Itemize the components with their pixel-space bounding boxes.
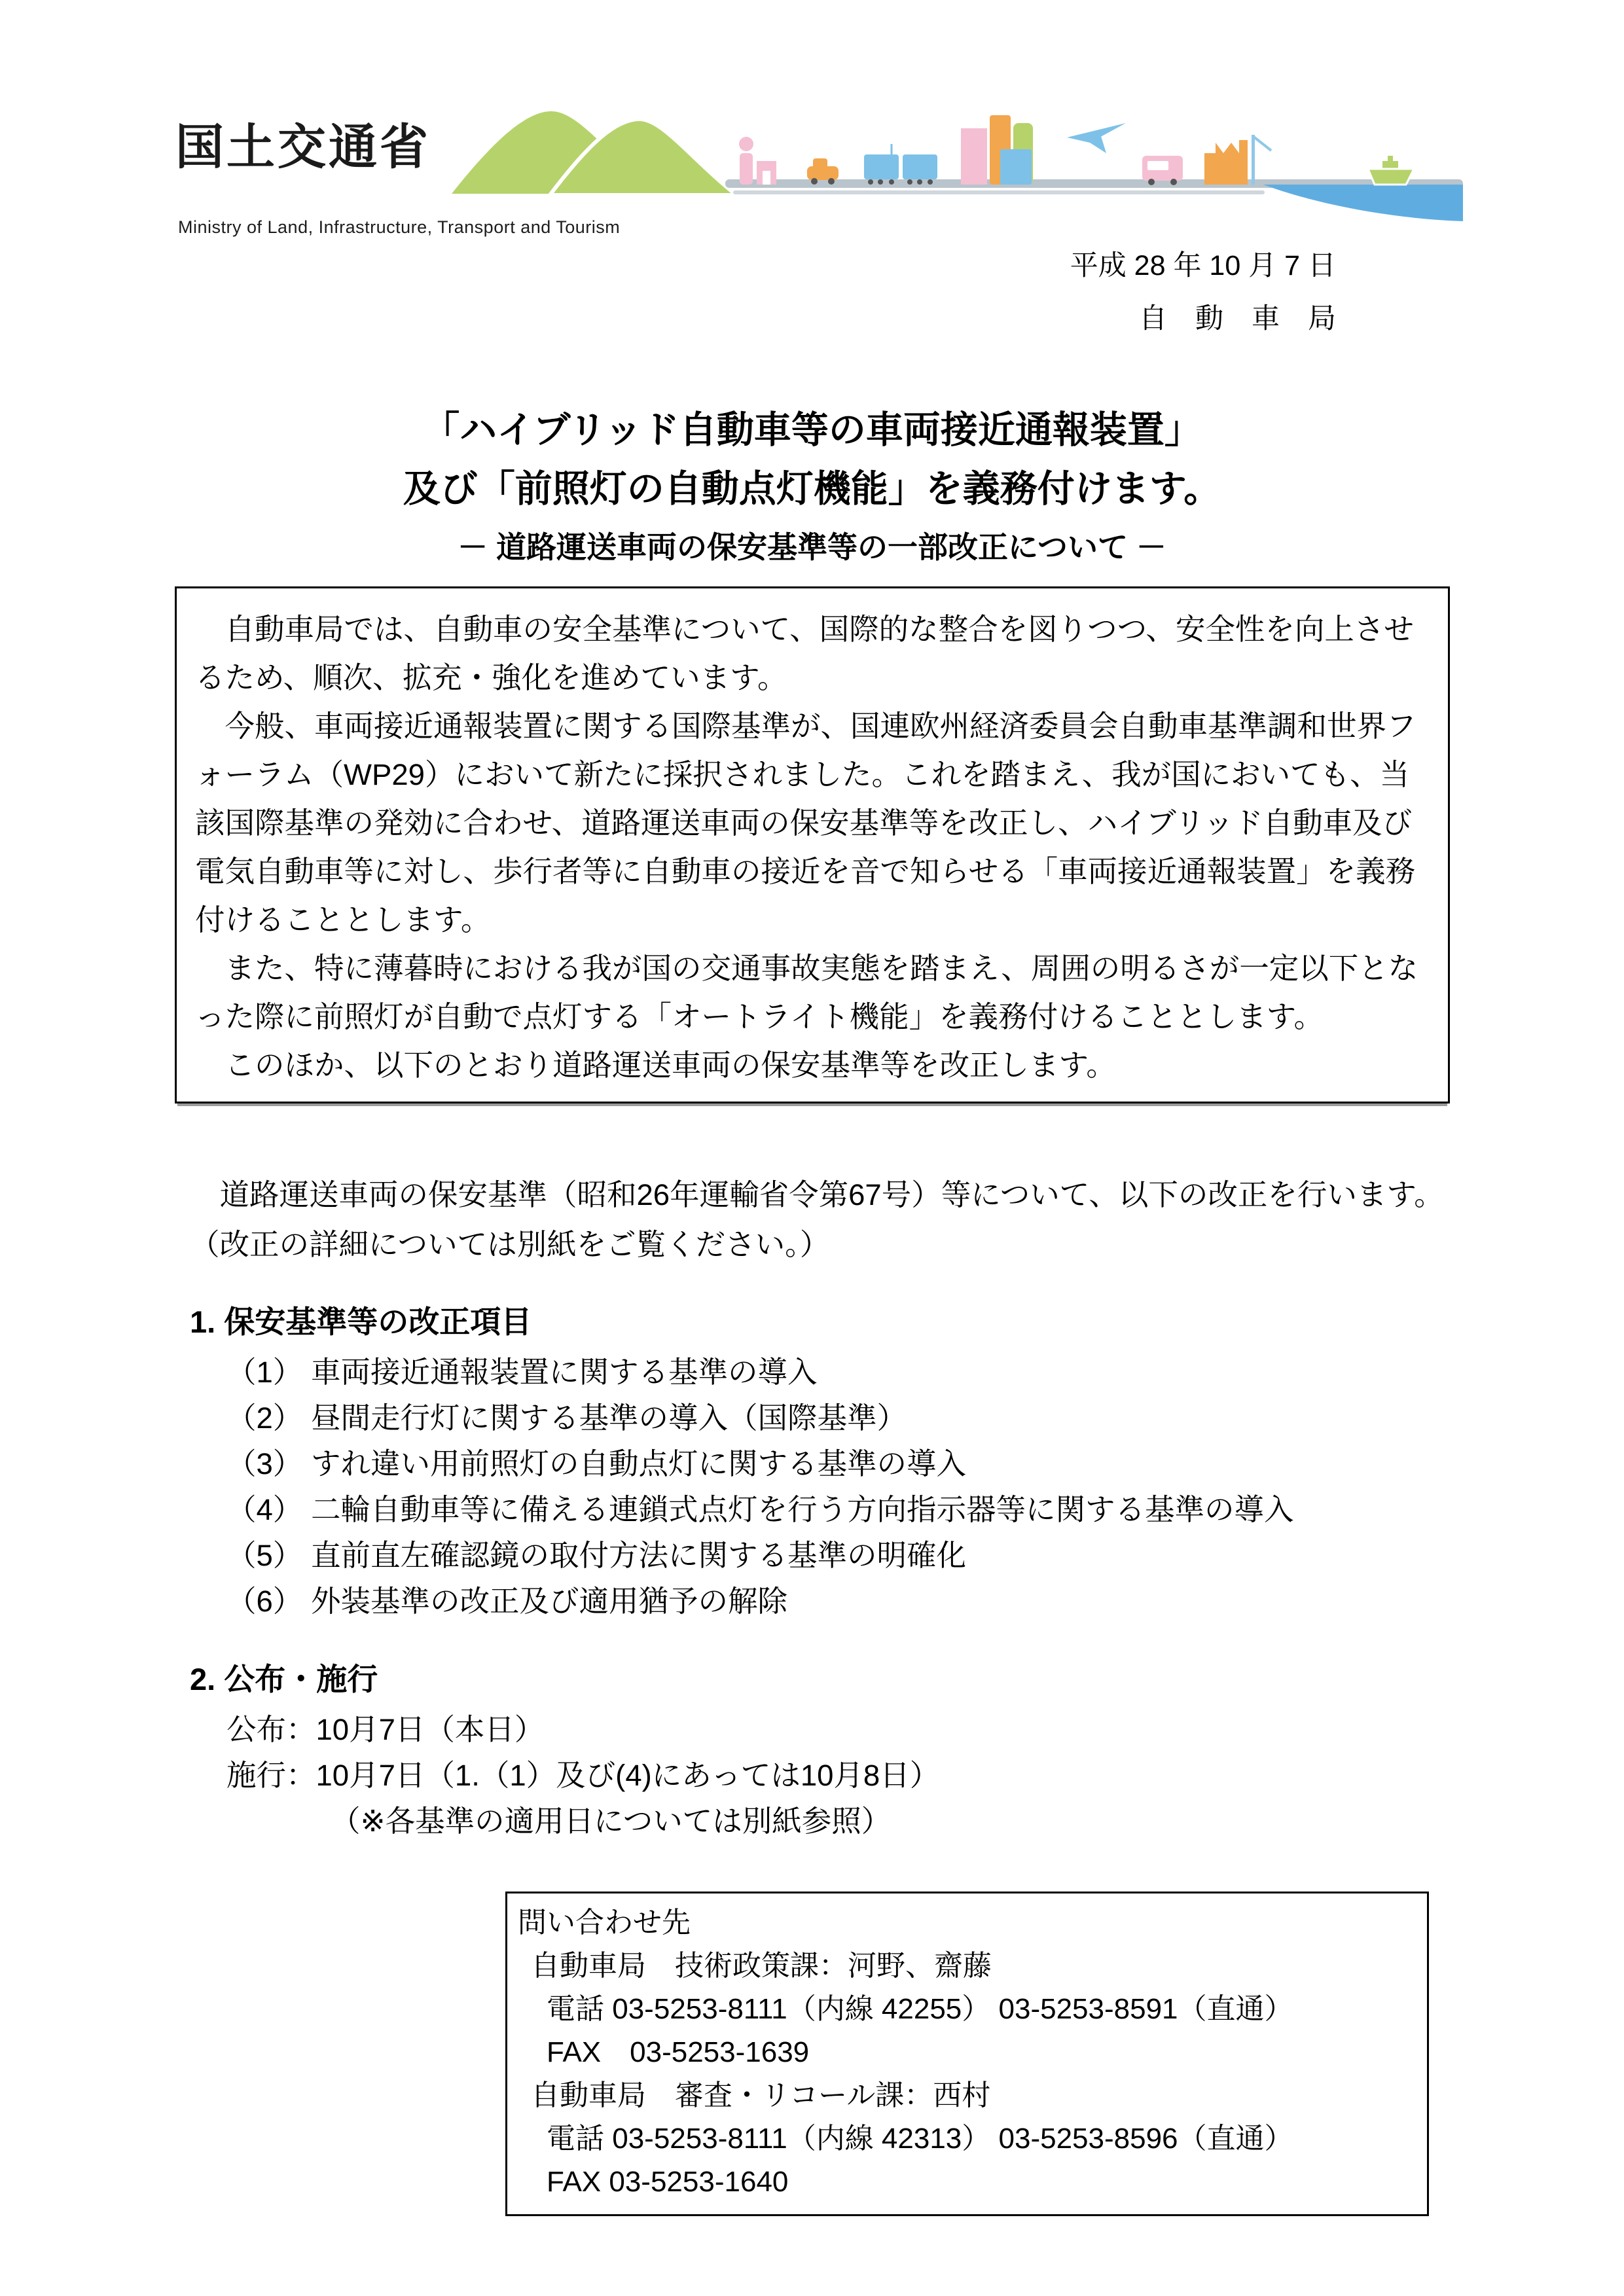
promulgation-line: 公布：10月7日（本日）: [190, 1707, 1450, 1753]
list-item: （5） 直前直左確認鏡の取付方法に関する基準の明確化: [190, 1533, 1450, 1579]
person-icon: [739, 137, 753, 185]
buildings-icon: [961, 115, 1033, 185]
issuing-bureau: 自 動 車 局: [0, 304, 1336, 334]
section2-heading: 2. 公布・施行: [190, 1661, 1450, 1698]
summary-paragraph: このほか、以下のとおり道路運送車両の保安基準等を改正します。: [195, 1041, 1430, 1090]
list-item: （1） 車両接近通報装置に関する基準の導入: [190, 1350, 1450, 1395]
summary-paragraph: 自動車局では、自動車の安全基準について、国際的な整合を図りつつ、安全性を向上させ…: [195, 605, 1430, 702]
mountains-icon: [452, 111, 736, 195]
house-icon: [757, 161, 776, 185]
contact-box-title: 問い合わせ先: [518, 1901, 1416, 1945]
train-icon: [864, 144, 937, 185]
release-date: 平成 28 年 10 月 7 日: [0, 251, 1336, 281]
contact-division: 自動車局 審査・リコール課：西村: [518, 2074, 1416, 2117]
list-item: （4） 二輪自動車等に備える連鎖式点灯を行う方向指示器等に関する基準の導入: [190, 1487, 1450, 1533]
enforcement-line: 施行：10月7日（1.（1）及び(4)にあっては10月8日）: [190, 1753, 1450, 1799]
lead-paragraph: 道路運送車両の保安基準（昭和26年運輸省令第67号）等について、以下の改正を行い…: [190, 1170, 1450, 1270]
water-icon: [1263, 185, 1463, 221]
contact-fax: FAX 03-5253-1640: [518, 2161, 1416, 2204]
mlit-logo-japanese: 国土交通省: [175, 109, 431, 178]
contact-phone: 電話 03-5253-8111（内線 42255） 03-5253-8591（直…: [518, 1988, 1416, 2031]
header: 国土交通省 Ministry of Land, Infrastructure, …: [0, 0, 1624, 226]
crane-icon: [1252, 135, 1271, 185]
list-item: （6） 外装基準の改正及び適用猶予の解除: [190, 1579, 1450, 1624]
section-revision-items: 1. 保安基準等の改正項目 （1） 車両接近通報装置に関する基準の導入 （2） …: [190, 1304, 1450, 1624]
contact-phone: 電話 03-5253-8111（内線 42313） 03-5253-8596（直…: [518, 2117, 1416, 2161]
header-illustration-icon: [452, 103, 1463, 221]
page-title-line2: 及び「前照灯の自動点灯機能」を義務付けます。: [0, 459, 1624, 518]
section1-item-list: （1） 車両接近通報装置に関する基準の導入 （2） 昼間走行灯に関する基準の導入…: [190, 1350, 1450, 1624]
page-subtitle: － 道路運送車両の保安基準等の一部改正について －: [0, 528, 1624, 567]
contact-fax: FAX 03-5253-1639: [518, 2031, 1416, 2074]
summary-paragraph: 今般、車両接近通報装置に関する国際基準が、国連欧州経済委員会自動車基準調和世界フ…: [195, 702, 1430, 944]
note-line: （※各基準の適用日については別紙参照）: [190, 1799, 1450, 1844]
list-item: （3） すれ違い用前照灯の自動点灯に関する基準の導入: [190, 1441, 1450, 1487]
summary-box: 自動車局では、自動車の安全基準について、国際的な整合を図りつつ、安全性を向上させ…: [175, 586, 1450, 1103]
title-block: 「ハイブリッド自動車等の車両接近通報装置」 及び「前照灯の自動点灯機能」を義務付…: [0, 401, 1624, 567]
section1-heading: 1. 保安基準等の改正項目: [190, 1304, 1450, 1340]
airplane-icon: [1067, 123, 1126, 153]
document-page: 国土交通省 Ministry of Land, Infrastructure, …: [0, 0, 1624, 2296]
section-promulgation: 2. 公布・施行 公布：10月7日（本日） 施行：10月7日（1.（1）及び(4…: [190, 1661, 1450, 1844]
contact-division: 自動車局 技術政策課：河野、齋藤: [518, 1945, 1416, 1988]
summary-paragraph: また、特に薄暮時における我が国の交通事故実態を踏まえ、周囲の明るさが一定以下とな…: [195, 944, 1430, 1041]
date-block: 平成 28 年 10 月 7 日 自 動 車 局: [0, 251, 1624, 335]
contact-box: 問い合わせ先 自動車局 技術政策課：河野、齋藤 電話 03-5253-8111（…: [505, 1892, 1429, 2216]
factory-icon: [1204, 140, 1248, 185]
page-title-line1: 「ハイブリッド自動車等の車両接近通報装置」: [0, 401, 1624, 459]
ship-icon: [1368, 156, 1414, 185]
section2-line-list: 公布：10月7日（本日） 施行：10月7日（1.（1）及び(4)にあっては10月…: [190, 1707, 1450, 1844]
list-item: （2） 昼間走行灯に関する基準の導入（国際基準）: [190, 1395, 1450, 1441]
